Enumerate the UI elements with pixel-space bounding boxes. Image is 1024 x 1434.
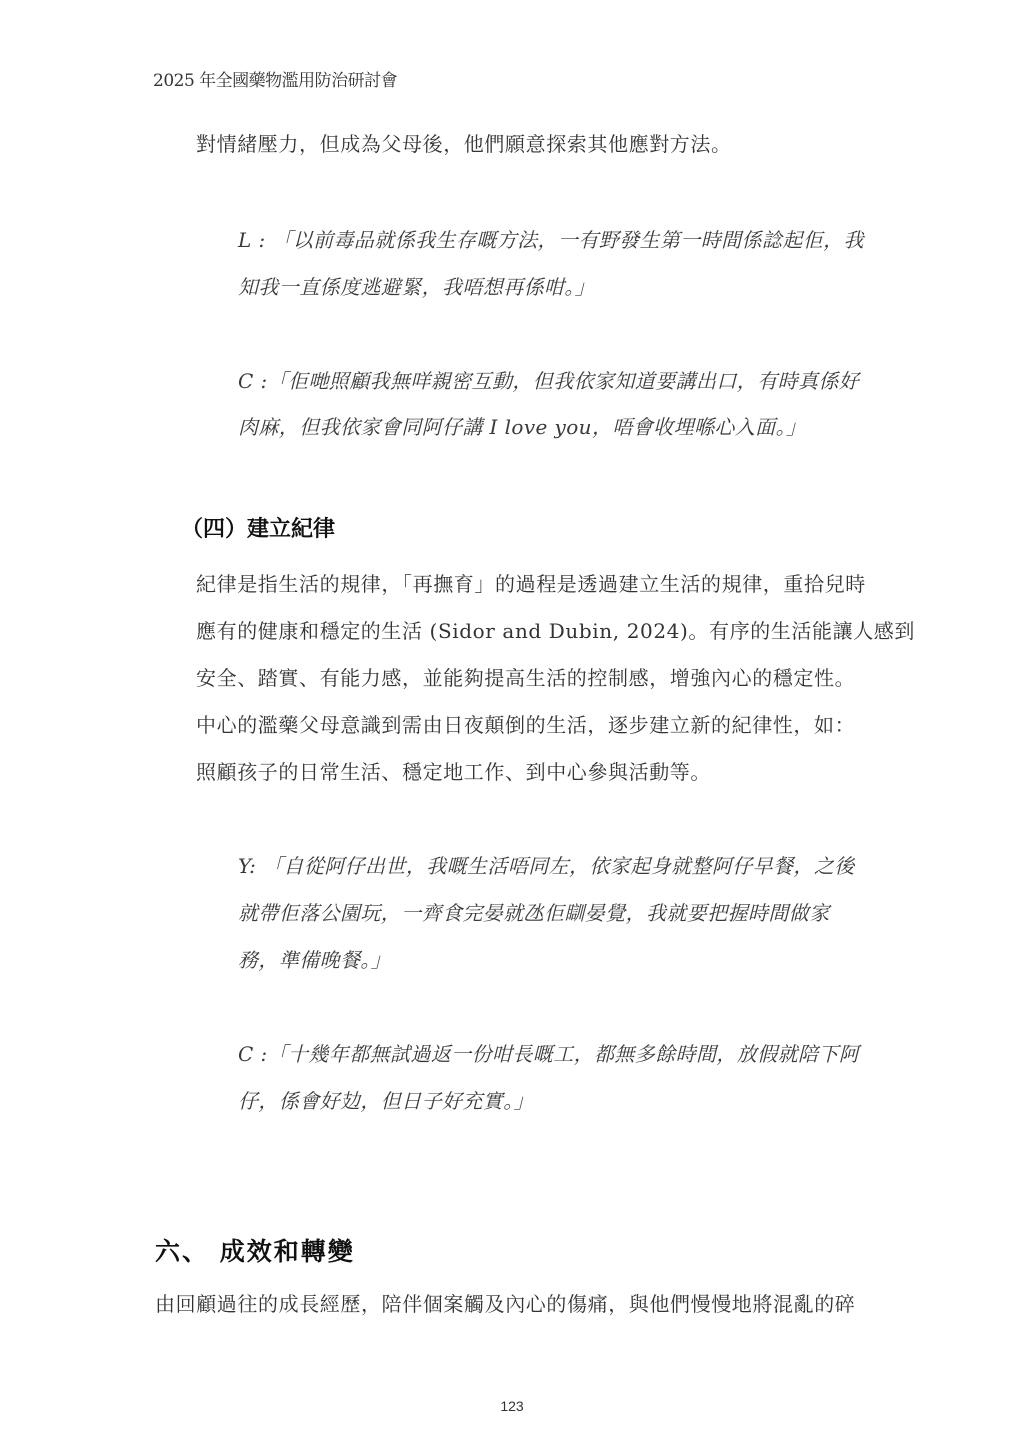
paragraph-line: 照顧孩子的日常生活、穩定地工作、到中心參與活動等。 [196,756,711,785]
section-heading: 六、 成效和轉變 [155,1232,355,1268]
paragraph-line: 紀律是指生活的規律，「再撫育」的過程是透過建立生活的規律，重拾兒時 [196,568,866,597]
quote-line: 肉麻，但我依家會同阿仔講 I love you，唔會收埋喺心入面。」 [238,411,806,440]
quote-line: L : 「以前毒品就係我生存嘅方法，一有野發生第一時間係諗起佢，我 [238,224,864,253]
quote-line: 就帶佢落公園玩，一齊食完晏就氹佢瞓晏覺，我就要把握時間做家 [238,897,830,926]
document-header: 2025 年全國藥物濫用防治研討會 [153,66,397,91]
quote-line: C :「十幾年都無試過返一份咁長嘅工，都無多餘時間，放假就陪下阿 [238,1038,859,1067]
page-number: 123 [0,1398,1024,1414]
paragraph-line: 中心的濫藥父母意識到需由日夜顛倒的生活，逐步建立新的紀律性，如： [196,709,855,738]
subsection-heading: （四）建立紀律 [181,512,335,543]
quote-line: C :「佢哋照顧我無咩親密互動，但我依家知道要講出口，有時真係好 [238,365,859,394]
paragraph-line: 安全、踏實、有能力感，並能夠提高生活的控制感，增強內心的穩定性。 [196,662,855,691]
paragraph-line: 應有的健康和穩定的生活 (Sidor and Dubin, 2024)。有序的生… [196,615,915,644]
intro-paragraph: 對情緒壓力，但成為父母後，他們願意探索其他應對方法。 [196,128,732,157]
section-paragraph-line: 由回顧過往的成長經歷，陪伴個案觸及內心的傷痛，與他們慢慢地將混亂的碎 [155,1288,855,1317]
quote-line: Y: 「自從阿仔出世，我嘅生活唔同左，依家起身就整阿仔早餐，之後 [238,850,855,879]
quote-line: 仔，係會好攰，但日子好充實。」 [238,1085,534,1114]
quote-line: 務，準備晚餐。」 [238,944,391,973]
quote-line: 知我一直係度逃避緊，我唔想再係咁。」 [238,271,595,300]
